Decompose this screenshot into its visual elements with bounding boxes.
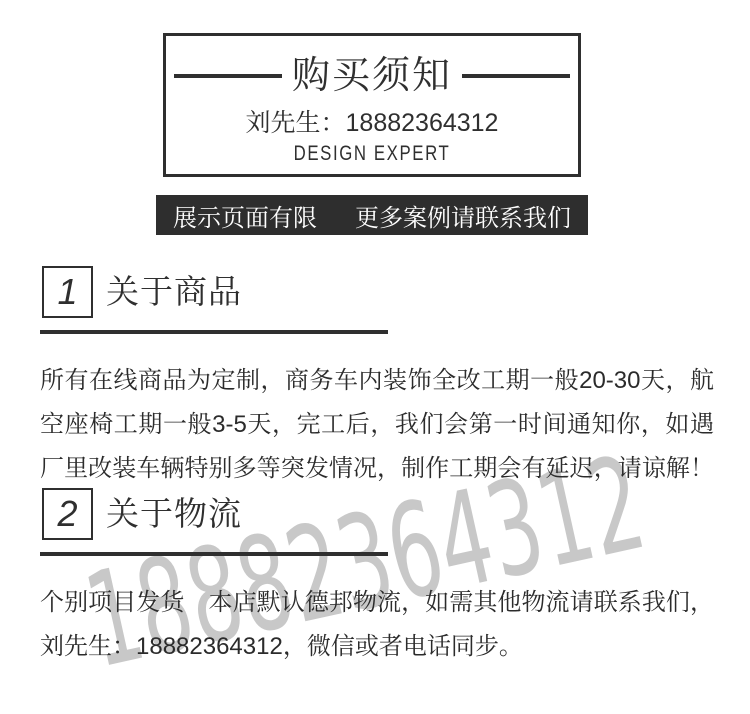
limited-display-banner: 展示页面有限 更多案例请联系我们 (156, 195, 588, 235)
paragraph-line: 个别项目发货 本店默认德邦物流，如需其他物流请联系我们， (40, 581, 714, 625)
banner-left-text: 展示页面有限 (173, 198, 317, 233)
paragraph-line: 所有在线商品为定制，商务车内装饰全改工期一般20-30天，航 (40, 359, 714, 403)
notice-title: 购买须知 (292, 57, 452, 95)
page: 18882364312 购买须知 刘先生：18882364312 DESIGN … (0, 0, 750, 714)
paragraph-about-product: 所有在线商品为定制，商务车内装饰全改工期一般20-30天，航空座椅工期一般3-5… (40, 359, 714, 491)
paragraph-about-shipping: 个别项目发货 本店默认德邦物流，如需其他物流请联系我们，刘先生：18882364… (40, 581, 714, 669)
paragraph-line: 空座椅工期一般3-5天，完工后，我们会第一时间通知你，如遇 (40, 403, 714, 447)
contact-phone-line: 刘先生：18882364312 (246, 110, 499, 136)
title-left-dash (174, 74, 282, 78)
section-number-box-2: 2 (42, 488, 93, 540)
purchase-notice-box: 购买须知 刘先生：18882364312 DESIGN EXPERT (163, 33, 581, 177)
section-rule-1 (40, 330, 388, 334)
title-right-dash (462, 74, 570, 78)
design-expert-subtitle: DESIGN EXPERT (294, 143, 451, 164)
section-about-product: 1 关于商品 (40, 266, 714, 334)
section-number-2: 2 (57, 496, 77, 532)
section-number-box-1: 1 (42, 266, 93, 318)
section-rule-2 (40, 552, 388, 556)
section-number-1: 1 (57, 274, 77, 310)
section-about-shipping: 2 关于物流 (40, 488, 714, 556)
paragraph-line: 厂里改装车辆特别多等突发情况，制作工期会有延迟，请谅解！ (40, 447, 714, 491)
section-title-about-shipping: 关于物流 (106, 494, 242, 534)
banner-right-text: 更多案例请联系我们 (355, 198, 571, 233)
section-title-about-product: 关于商品 (106, 272, 242, 312)
paragraph-line: 刘先生：18882364312，微信或者电话同步。 (40, 625, 714, 669)
notice-title-row: 购买须知 (174, 57, 570, 95)
